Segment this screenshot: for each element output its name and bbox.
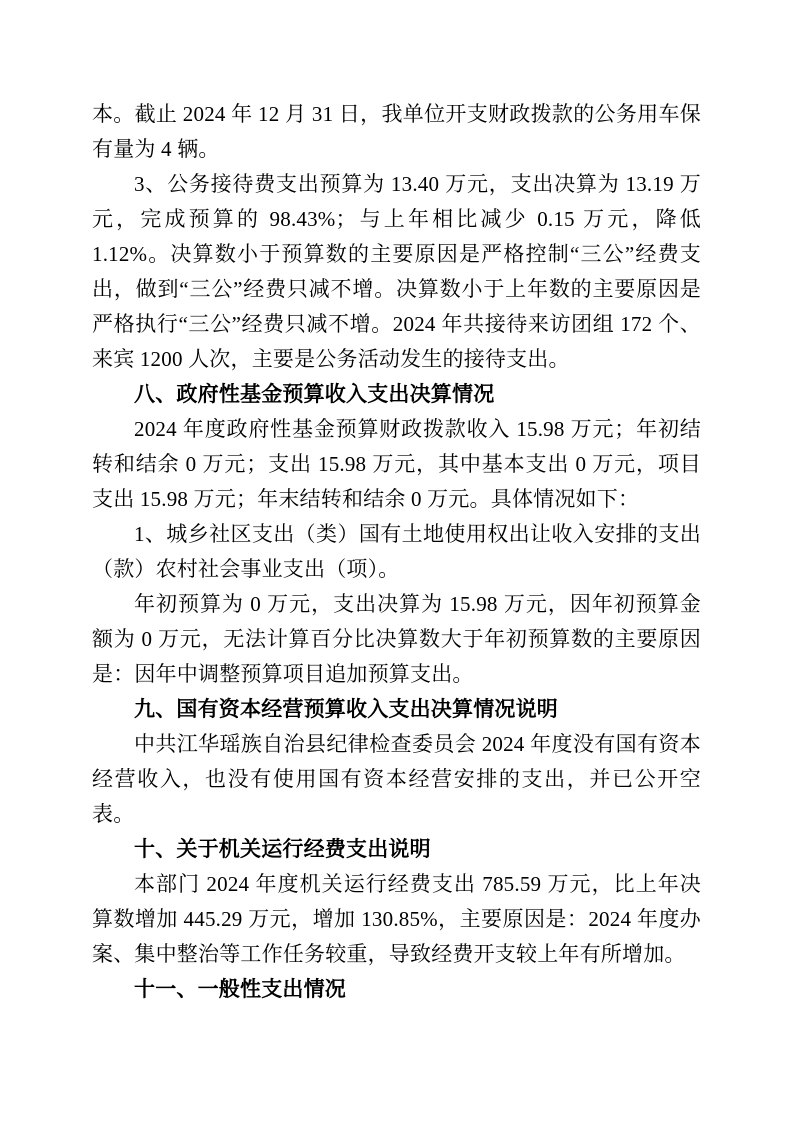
heading-section-9-state-capital-operation: 九、国有资本经营预算收入支出决算情况说明 [92, 692, 701, 727]
paragraph-official-reception-expense: 3、公务接待费支出预算为 13.40 万元，支出决算为 13.19 万元，完成预… [92, 167, 701, 377]
paragraph-initial-budget-explanation: 年初预算为 0 万元，支出决算为 15.98 万元，因年初预算金额为 0 万元，… [92, 587, 701, 692]
paragraph-urban-rural-community-expense-item: 1、城乡社区支出（类）国有土地使用权出让收入安排的支出（款）农村社会事业支出（项… [92, 517, 701, 587]
heading-section-8-government-fund-budget: 八、政府性基金预算收入支出决算情况 [92, 377, 701, 412]
heading-section-11-general-expenditure: 十一、一般性支出情况 [92, 972, 701, 1007]
paragraph-agency-operating-expense-detail: 本部门 2024 年度机关运行经费支出 785.59 万元，比上年决算数增加 4… [92, 867, 701, 972]
paragraph-state-capital-none-statement: 中共江华瑶族自治县纪律检查委员会 2024 年度没有国有资本经营收入，也没有使用… [92, 727, 701, 832]
paragraph-vehicle-count-continuation: 本。截止 2024 年 12 月 31 日，我单位开支财政拨款的公务用车保有量为… [92, 97, 701, 167]
heading-section-10-agency-operating-expense: 十、关于机关运行经费支出说明 [92, 832, 701, 867]
document-page: 本。截止 2024 年 12 月 31 日，我单位开支财政拨款的公务用车保有量为… [0, 0, 793, 1122]
document-body: 本。截止 2024 年 12 月 31 日，我单位开支财政拨款的公务用车保有量为… [92, 97, 701, 1007]
paragraph-government-fund-summary: 2024 年度政府性基金预算财政拨款收入 15.98 万元；年初结转和结余 0 … [92, 412, 701, 517]
